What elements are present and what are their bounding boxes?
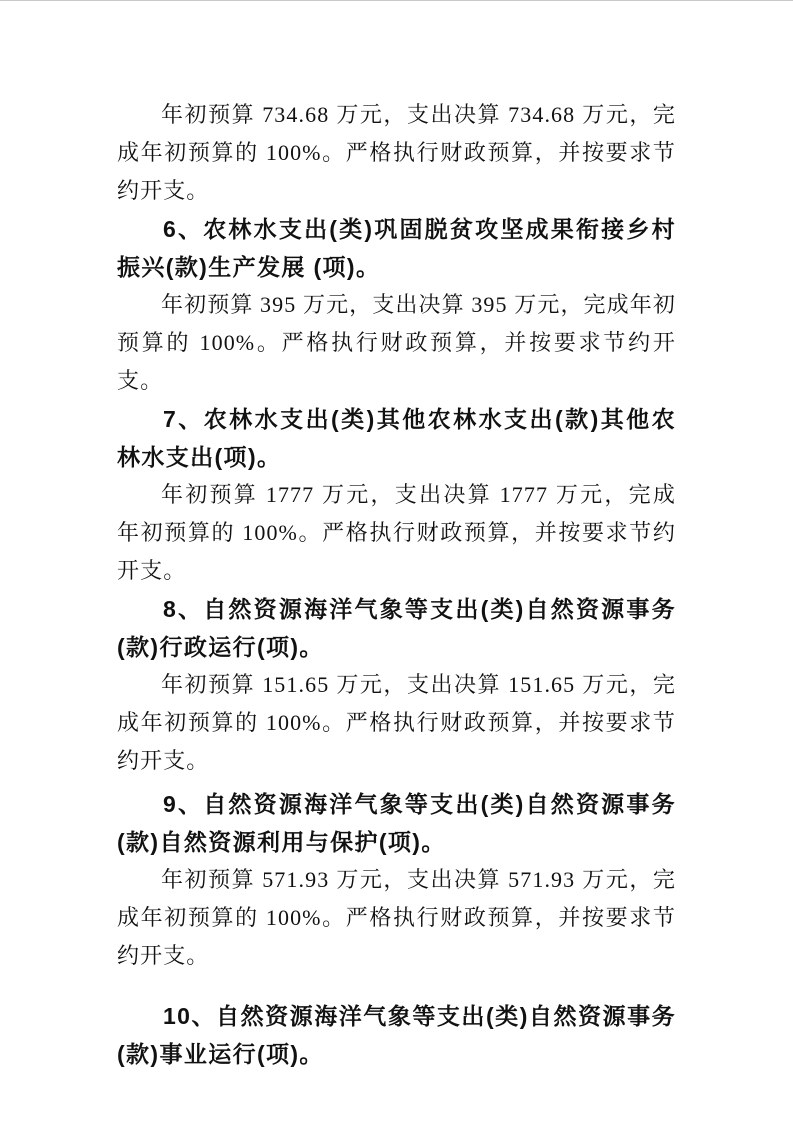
section-heading-8: 8、自然资源海洋气象等支出(类)自然资源事务(款)行政运行(项)。 — [117, 590, 676, 666]
section-body-8: 年初预算 151.65 万元，支出决算 151.65 万元，完成年初预算的 10… — [117, 666, 676, 780]
section-body-7: 年初预算 1777 万元，支出决算 1777 万元，完成年初预算的 100%。严… — [117, 476, 676, 590]
section-heading-6: 6、农林水支出(类)巩固脱贫攻坚成果衔接乡村振兴(款)生产发展 (项)。 — [117, 210, 676, 286]
section-body-9: 年初预算 571.93 万元，支出决算 571.93 万元，完成年初预算的 10… — [117, 861, 676, 975]
budget-summary-paragraph-continued: 年初预算 734.68 万元，支出决算 734.68 万元，完成年初预算的 10… — [117, 96, 676, 210]
section-body-6: 年初预算 395 万元，支出决算 395 万元，完成年初预算的 100%。严格执… — [117, 286, 676, 400]
section-heading-9: 9、自然资源海洋气象等支出(类)自然资源事务(款)自然资源利用与保护(项)。 — [117, 785, 676, 861]
section-heading-7: 7、农林水支出(类)其他农林水支出(款)其他农林水支出(项)。 — [117, 400, 676, 476]
document-page: 年初预算 734.68 万元，支出决算 734.68 万元，完成年初预算的 10… — [0, 0, 793, 1122]
document-content: 年初预算 734.68 万元，支出决算 734.68 万元，完成年初预算的 10… — [0, 1, 793, 1073]
section-heading-10: 10、自然资源海洋气象等支出(类)自然资源事务(款)事业运行(项)。 — [117, 997, 676, 1073]
